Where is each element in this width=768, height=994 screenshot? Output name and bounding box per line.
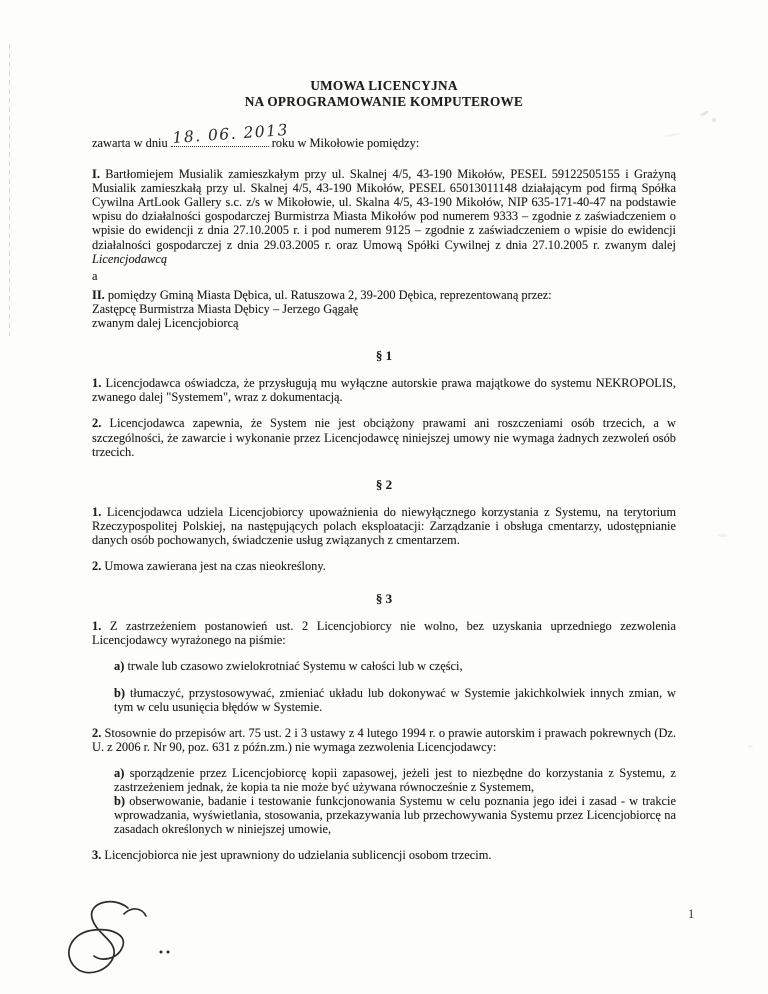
paragraph-number: 2.	[92, 726, 101, 740]
intro-suffix: roku w Mikołowie pomiędzy:	[272, 136, 420, 150]
party-ii-line-1: pomiędzy Gminą Miasta Dębica, ul. Ratusz…	[108, 288, 552, 302]
document-title: UMOWA LICENCYJNA NA OPROGRAMOWANIE KOMPU…	[92, 78, 676, 110]
paragraph-number: 3.	[92, 848, 101, 862]
paragraph-text: Umowa zawierana jest na czas nieokreślon…	[104, 559, 325, 573]
scan-smudge	[700, 110, 709, 117]
party-ii-paragraph: II. pomiędzy Gminą Miasta Dębica, ul. Ra…	[92, 288, 676, 330]
paragraph-number: 1.	[92, 376, 101, 390]
title-line-1: UMOWA LICENCYJNA	[310, 78, 457, 93]
party-i-defined-term: Licencjodawcą	[92, 252, 167, 266]
section-3-paragraph-3: 3. Licencjobiorca nie jest uprawniony do…	[92, 848, 676, 862]
paragraph-number: 2.	[92, 416, 101, 430]
handwritten-signature	[58, 898, 208, 994]
conjunction-a: a	[92, 269, 676, 283]
paragraph-number: 1.	[92, 505, 101, 519]
section-2-paragraph-2: 2. Umowa zawierana jest na czas nieokreś…	[92, 559, 676, 573]
section-1-heading: § 1	[92, 349, 676, 363]
paragraph-text: Licencjodawca udziela Licencjobiorcy upo…	[92, 505, 676, 547]
section-2-paragraph-1: 1. Licencjodawca udziela Licencjobiorcy …	[92, 505, 676, 547]
scan-artifact-line	[9, 44, 10, 336]
list-item-b: b) obserwowanie, badanie i testowanie fu…	[114, 794, 676, 836]
date-dotted-line: 18. 06. 2013	[171, 132, 269, 147]
party-ii-line-3: zwanym dalej Licencjobiorcą	[92, 316, 239, 330]
party-i-label: I.	[92, 167, 100, 181]
paragraph-text: Licencjobiorca nie jest uprawniony do ud…	[104, 848, 491, 862]
scan-smudge	[748, 745, 753, 748]
list-item-a: a) trwale lub czasowo zwielokrotniać Sys…	[114, 659, 676, 673]
intro-line: zawarta w dniu18. 06. 2013roku w Mikołow…	[92, 132, 676, 150]
paragraph-text: Z zastrzeżeniem postanowień ust. 2 Licen…	[92, 619, 676, 647]
section-1-paragraph-1: 1. Licencjodawca oświadcza, że przysługu…	[92, 376, 676, 404]
list-item-label: a)	[114, 659, 124, 673]
scan-smudge	[712, 118, 716, 122]
section-3-paragraph-1: 1. Z zastrzeżeniem postanowień ust. 2 Li…	[92, 619, 676, 647]
paragraph-number: 2.	[92, 559, 101, 573]
party-ii-label: II.	[92, 288, 105, 302]
section-1-paragraph-2: 2. Licencjodawca zapewnia, że System nie…	[92, 416, 676, 458]
document-body: UMOWA LICENCYJNA NA OPROGRAMOWANIE KOMPU…	[92, 78, 676, 874]
page-number: 1	[688, 907, 694, 922]
signature-scribble-icon	[58, 898, 208, 990]
list-group: a) sporządzenie przez Licencjobiorcę kop…	[92, 766, 676, 836]
scan-smudge	[718, 534, 728, 537]
list-item-label: a)	[114, 766, 124, 780]
title-line-2: NA OPROGRAMOWANIE KOMPUTEROWE	[245, 94, 523, 109]
paragraph-number: 1.	[92, 619, 101, 633]
list-item-label: b)	[114, 686, 125, 700]
list-item-b: b) tłumaczyć, przystosowywać, zmieniać u…	[114, 686, 676, 714]
list-item-a: a) sporządzenie przez Licencjobiorcę kop…	[114, 766, 676, 794]
section-3-paragraph-2: 2. Stosownie do przepisów art. 75 ust. 2…	[92, 726, 676, 754]
list-item-label: b)	[114, 794, 125, 808]
list-item-text: tłumaczyć, przystosowywać, zmieniać ukła…	[114, 686, 676, 714]
paragraph-text: Licencjodawca oświadcza, że przysługują …	[92, 376, 676, 404]
list-item-text: sporządzenie przez Licencjobiorcę kopii …	[114, 766, 676, 794]
party-i-paragraph: I. Bartłomiejem Musialik zamieszkałym pr…	[92, 167, 676, 266]
list-item-text: obserwowanie, badanie i testowanie funkc…	[114, 794, 676, 836]
section-3-heading: § 3	[92, 592, 676, 606]
party-ii-line-2: Zastępcę Burmistrza Miasta Dębicy – Jerz…	[92, 302, 358, 316]
party-i-text: Bartłomiejem Musialik zamieszkałym przy …	[92, 167, 676, 251]
paragraph-text: Stosownie do przepisów art. 75 ust. 2 i …	[92, 726, 676, 754]
scanned-document-page: UMOWA LICENCYJNA NA OPROGRAMOWANIE KOMPU…	[0, 0, 768, 994]
intro-prefix: zawarta w dniu	[92, 136, 168, 150]
paragraph-text: Licencjodawca zapewnia, że System nie je…	[92, 416, 676, 458]
list-item-text: trwale lub czasowo zwielokrotniać System…	[127, 659, 462, 673]
section-2-heading: § 2	[92, 478, 676, 492]
